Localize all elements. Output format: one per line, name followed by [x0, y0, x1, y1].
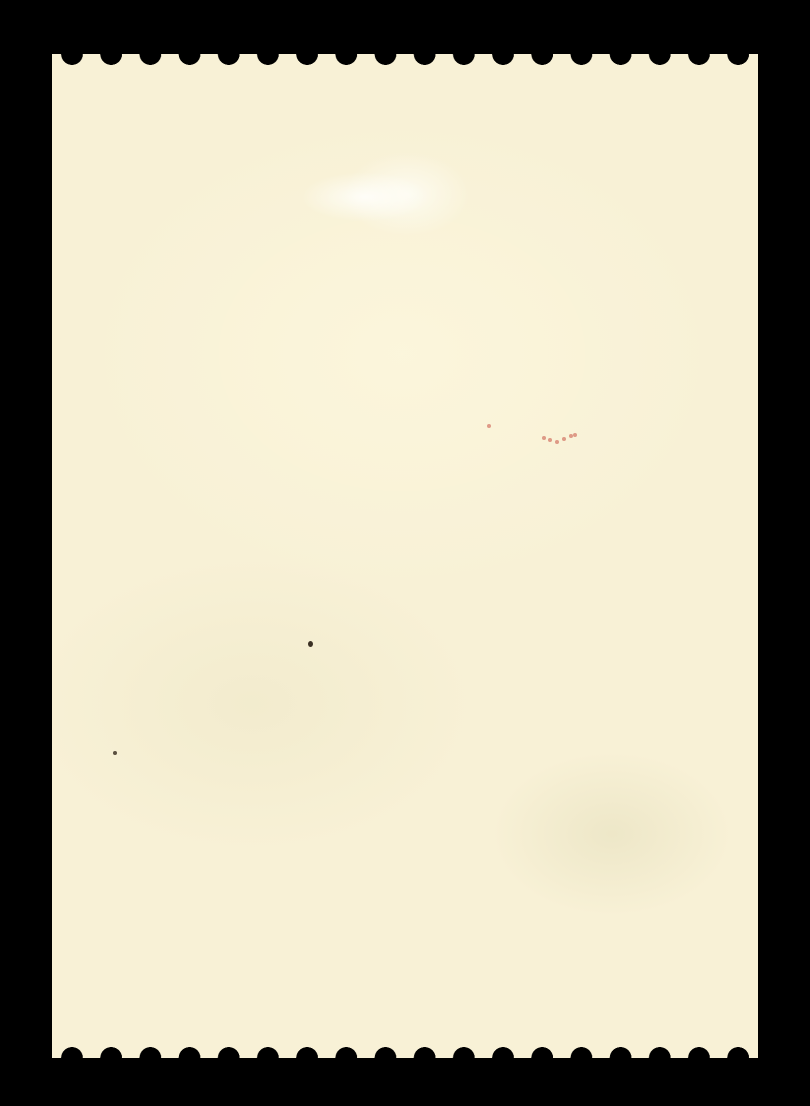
ink-speck	[542, 436, 546, 440]
dirt-speck	[308, 641, 313, 647]
dirt-speck	[113, 751, 117, 755]
stamp-paper	[52, 54, 758, 1058]
stamp-back	[52, 54, 758, 1058]
hinge-remnant	[300, 172, 430, 222]
ink-speck	[487, 424, 491, 428]
ink-speck	[562, 437, 566, 441]
ink-speck	[573, 433, 577, 437]
ink-speck	[555, 440, 559, 444]
ink-speck	[548, 438, 552, 442]
